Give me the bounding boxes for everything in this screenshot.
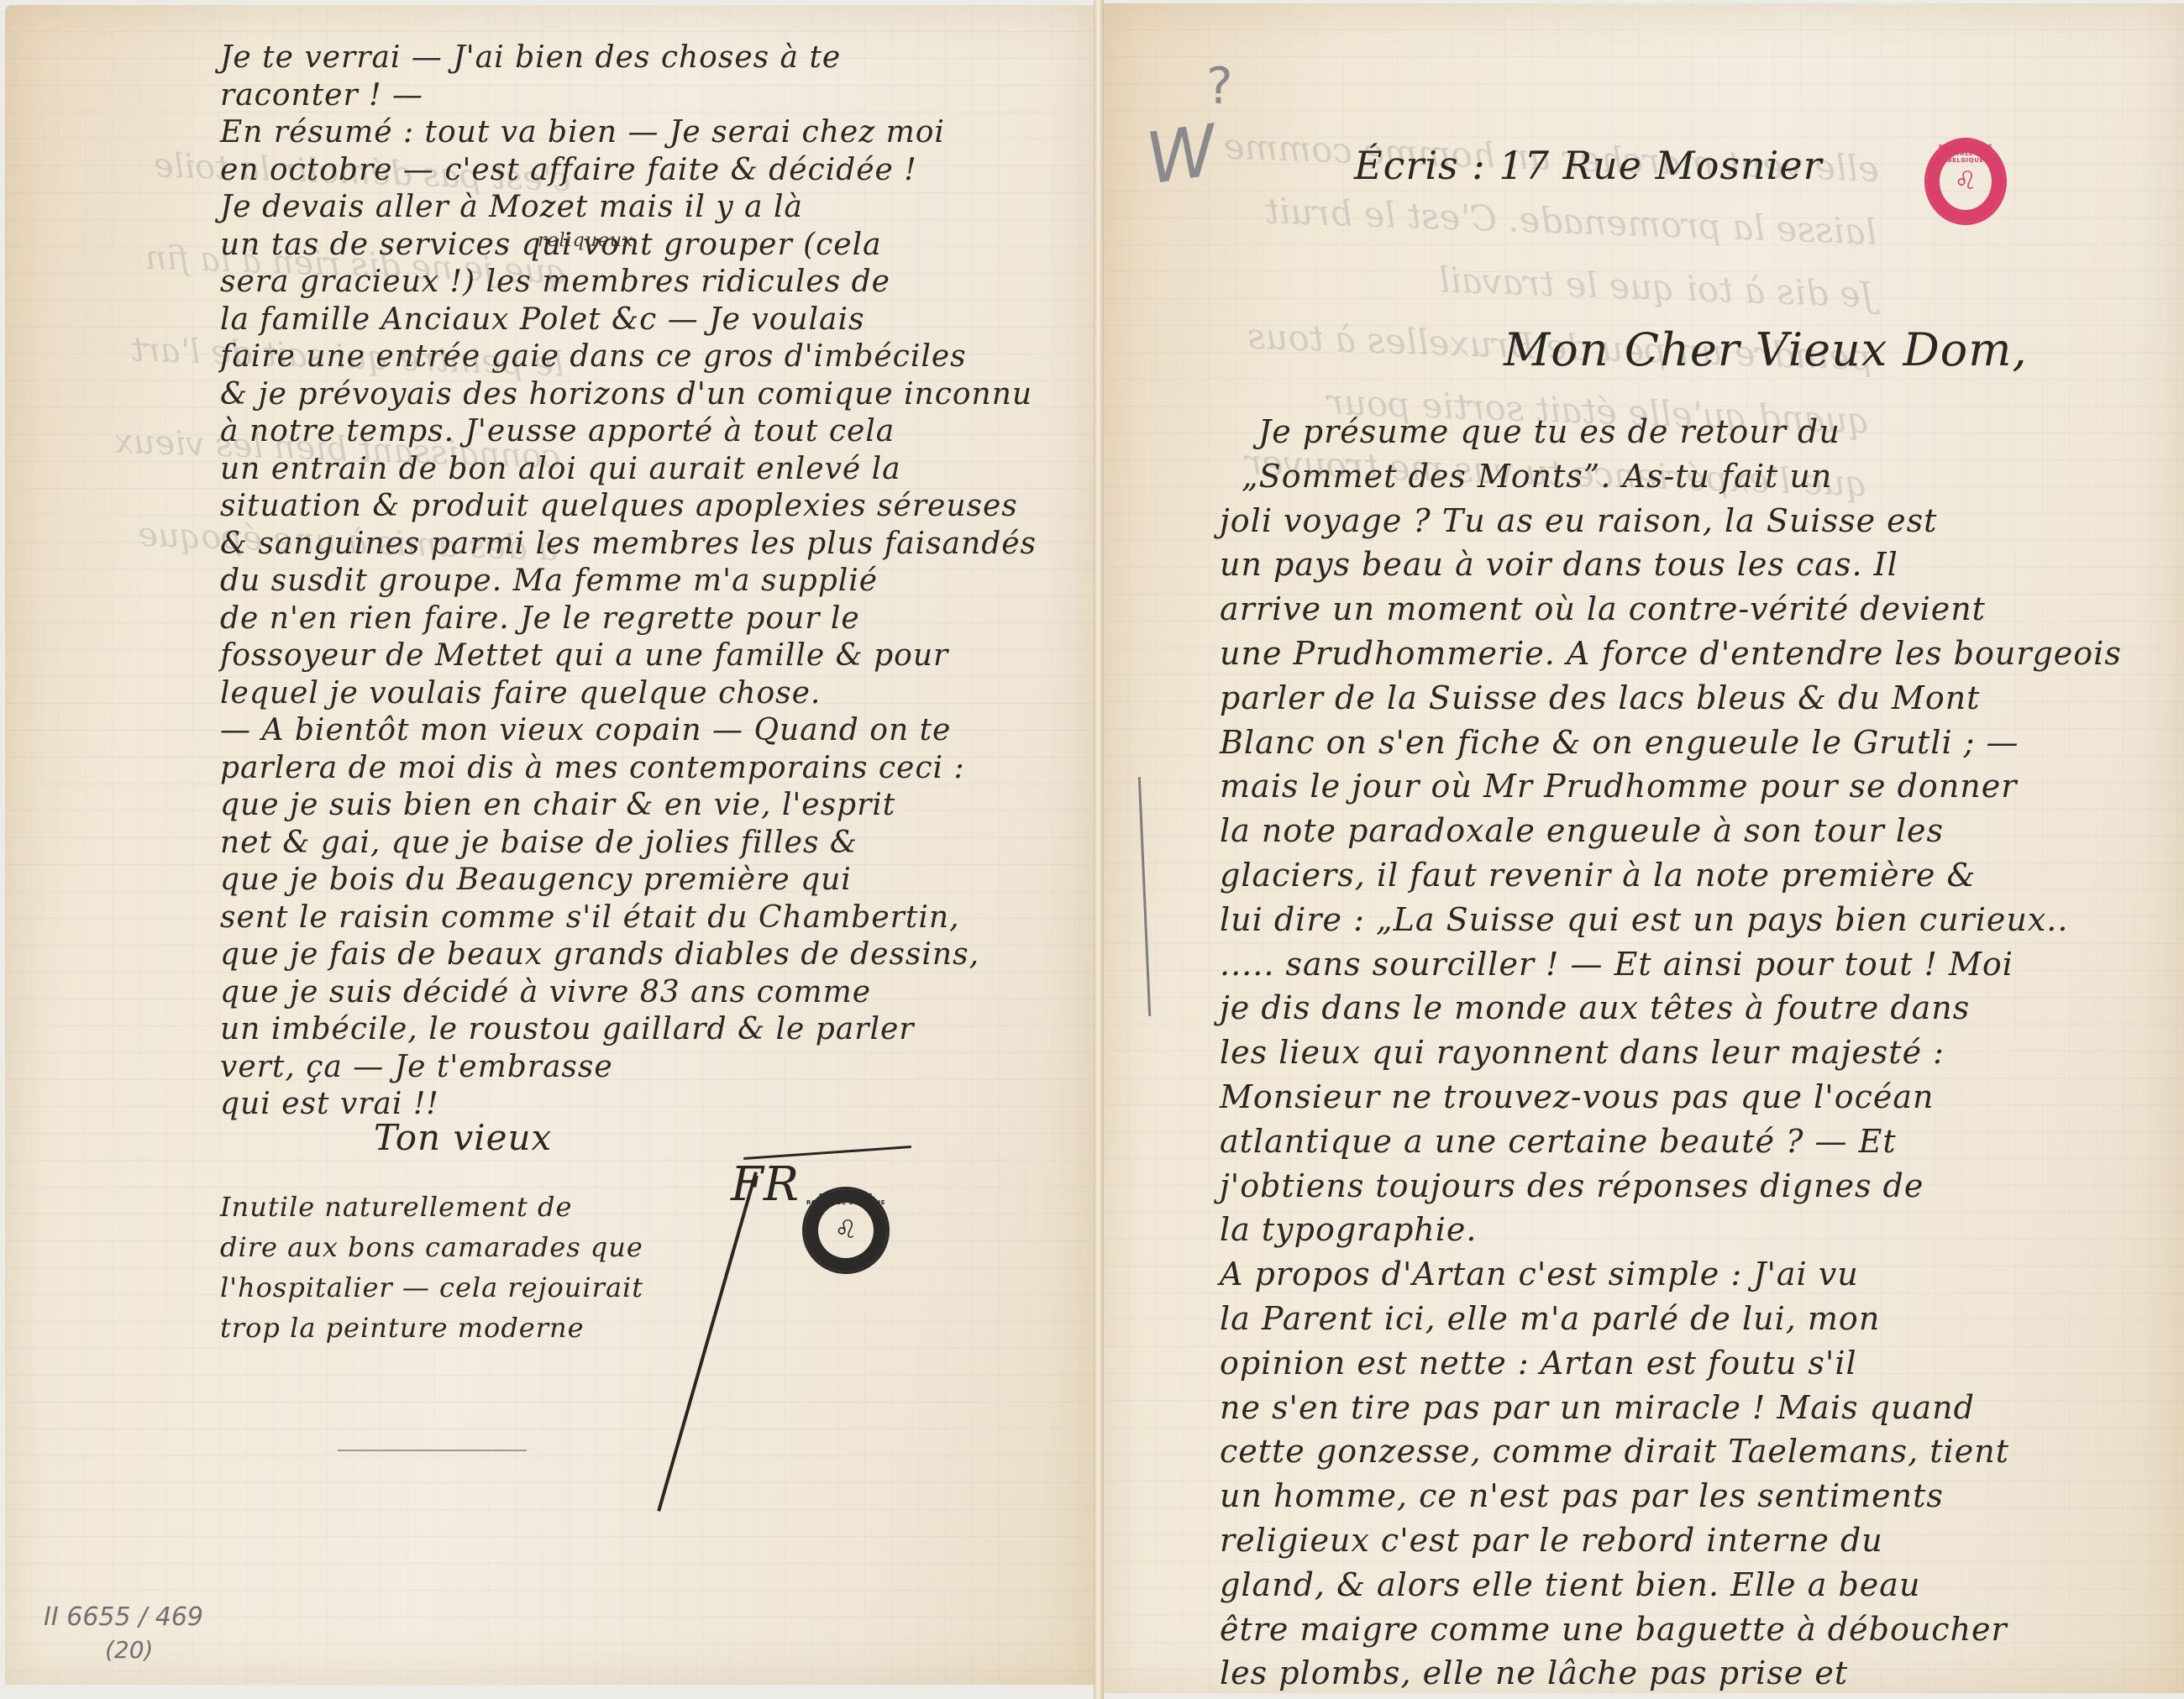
page-fold — [1094, 0, 1104, 1699]
interlinear-insertion: reliqueux — [538, 230, 633, 251]
letter-line: ne s'en tire pas par un miracle ! Mais q… — [1220, 1389, 1975, 1426]
letter-line: religieux c'est par le rebord interne du — [1220, 1522, 1883, 1559]
letter-line: que je suis décidé à vivre 83 ans comme — [220, 975, 871, 1009]
letter-line: situation & produit quelques apoplexies … — [220, 489, 1018, 523]
letter-line: sera gracieux !) les membres ridicules d… — [220, 265, 890, 299]
letter-line: parler de la Suisse des lacs bleus & du … — [1220, 679, 1980, 716]
postscript-line: l'hospitalier — cela rejouirait — [220, 1272, 643, 1303]
letter-line: je dis dans le monde aux têtes à foutre … — [1220, 989, 1970, 1026]
letter-line: opinion est nette : Artan est foutu s'il — [1220, 1345, 1857, 1382]
letter-line: gland, & alors elle tient bien. Elle a b… — [1220, 1566, 1920, 1603]
letter-line: mais le jour où Mr Prudhomme pour se don… — [1220, 768, 2017, 805]
closing-rule — [338, 1450, 527, 1451]
letter-line: fossoyeur de Mettet qui a une famille & … — [220, 638, 948, 673]
signature: FR — [731, 1157, 799, 1212]
letter-line: Monsieur ne trouvez-vous pas que l'océan — [1220, 1078, 1934, 1115]
letter-line: du susdit groupe. Ma femme m'a supplié — [220, 564, 878, 598]
salutation: Mon Cher Vieux Dom, — [1504, 323, 2028, 376]
letter-line: glaciers, il faut revenir à la note prem… — [1220, 857, 1976, 894]
letter-line: A propos d'Artan c'est simple : J'ai vu — [1220, 1256, 1859, 1293]
letter-line: & sanguines parmi les membres les plus f… — [220, 527, 1037, 561]
letter-line: les plombs, elle ne lâche pas prise et — [1220, 1654, 1848, 1691]
lion-emblem-icon: ♌ — [835, 1218, 858, 1243]
letter-line: de n'en rien faire. Je le regrette pour … — [220, 601, 860, 636]
letter-line: lui dire : „La Suisse qui est un pays bi… — [1220, 901, 2068, 938]
shelfmark: II 6655 / 469 — [44, 1602, 203, 1632]
stamp-ring-text: BIBLIOTHÈQUE ROYALE DE BELGIQUE — [805, 1193, 887, 1206]
letter-line: en octobre — c'est affaire faite & décid… — [220, 153, 917, 187]
letter-line: Blanc on s'en fiche & on engueule le Gru… — [1220, 724, 2019, 761]
letter-line: être maigre comme une baguette à débouch… — [1220, 1611, 2008, 1648]
address-line: Écris : 17 Rue Mosnier — [1354, 143, 1823, 188]
letter-line: un imbécile, le roustou gaillard & le pa… — [220, 1012, 914, 1046]
letter-line: arrive un moment où la contre-vérité dev… — [1220, 590, 1986, 627]
letter-line: j'obtiens toujours des réponses dignes d… — [1220, 1167, 1924, 1204]
letter-line: joli voyage ? Tu as eu raison, la Suisse… — [1220, 502, 1937, 539]
letter-line: que je fais de beaux grands diables de d… — [220, 937, 979, 972]
letter-line: — A bientôt mon vieux copain — Quand on … — [220, 713, 951, 747]
letter-line: un pays beau à voir dans tous les cas. I… — [1220, 546, 1898, 583]
letter-line: que je bois du Beaugency première qui — [220, 863, 852, 897]
postscript-line: dire aux bons camarades que — [220, 1231, 643, 1263]
letter-line: atlantique a une certaine beauté ? — Et — [1220, 1123, 1897, 1160]
closing: Ton vieux — [374, 1117, 552, 1158]
letter-line: cette gonzesse, comme dirait Taelemans, … — [1220, 1433, 2009, 1470]
shelfmark-sub: (20) — [105, 1636, 153, 1664]
letter-line: sent le raisin comme s'il était du Chamb… — [220, 900, 959, 935]
letter-line: qui est vrai !! — [220, 1087, 439, 1121]
letter-line: la note paradoxale engueule à son tour l… — [1220, 812, 1944, 849]
letter-line: les lieux qui rayonnent dans leur majest… — [1220, 1034, 1945, 1071]
letter-line: lequel je voulais faire quelque chose. — [220, 676, 821, 711]
letter-line: Je te verrai — J'ai bien des choses à te — [220, 40, 841, 75]
letter-line: En résumé : tout va bien — Je serai chez… — [220, 115, 945, 149]
letter-line: la typographie. — [1220, 1211, 1478, 1248]
letter-line: la famille Anciaux Polet &c — Je voulais — [220, 302, 865, 337]
letter-line: parlera de moi dis à mes contemporains c… — [220, 751, 965, 785]
library-stamp-black: BIBLIOTHÈQUE ROYALE DE BELGIQUE ♌ — [802, 1187, 890, 1274]
pencil-annotation: ? — [1206, 57, 1233, 116]
letter-line: ..... sans sourciller ! — Et ainsi pour … — [1220, 946, 2013, 983]
letter-line: un entrain de bon aloi qui aurait enlevé… — [220, 452, 901, 486]
lion-emblem-icon: ♌ — [1955, 169, 1977, 194]
letter-line: vert, ça — Je t'embrasse — [220, 1050, 613, 1084]
letter-line: & je prévoyais des horizons d'un comique… — [220, 377, 1032, 412]
letter-line: un homme, ce n'est pas par les sentiment… — [1220, 1477, 1944, 1514]
postscript-line: trop la peinture moderne — [220, 1312, 585, 1344]
stamp-ring-text: BIBLIOTHÈQUE ROYALE DE BELGIQUE — [1927, 144, 2004, 164]
postscript-line: Inutile naturellement de — [220, 1191, 572, 1223]
letter-line: que je suis bien en chair & en vie, l'es… — [220, 788, 895, 822]
pencil-scribble: W — [1142, 109, 1222, 201]
letter-line: une Prudhommerie. A force d'entendre les… — [1220, 635, 2122, 672]
letter-line: raconter ! — — [220, 78, 423, 113]
letter-line: Je devais aller à Mozet mais il y a là — [220, 190, 803, 224]
letter-line: net & gai, que je baise de jolies filles… — [220, 826, 858, 860]
letter-line: la Parent ici, elle m'a parlé de lui, mo… — [1220, 1300, 1880, 1337]
letter-line: Je présume que tu es de retour du — [1258, 413, 1840, 450]
letter-line: à notre temps. J'eusse apporté à tout ce… — [220, 414, 895, 448]
library-stamp-red: BIBLIOTHÈQUE ROYALE DE BELGIQUE ♌ — [1924, 138, 2007, 225]
letter-line: faire une entrée gaie dans ce gros d'imb… — [220, 339, 967, 374]
letter-line: „Sommet des Monts”. As-tu fait un — [1242, 458, 1832, 495]
